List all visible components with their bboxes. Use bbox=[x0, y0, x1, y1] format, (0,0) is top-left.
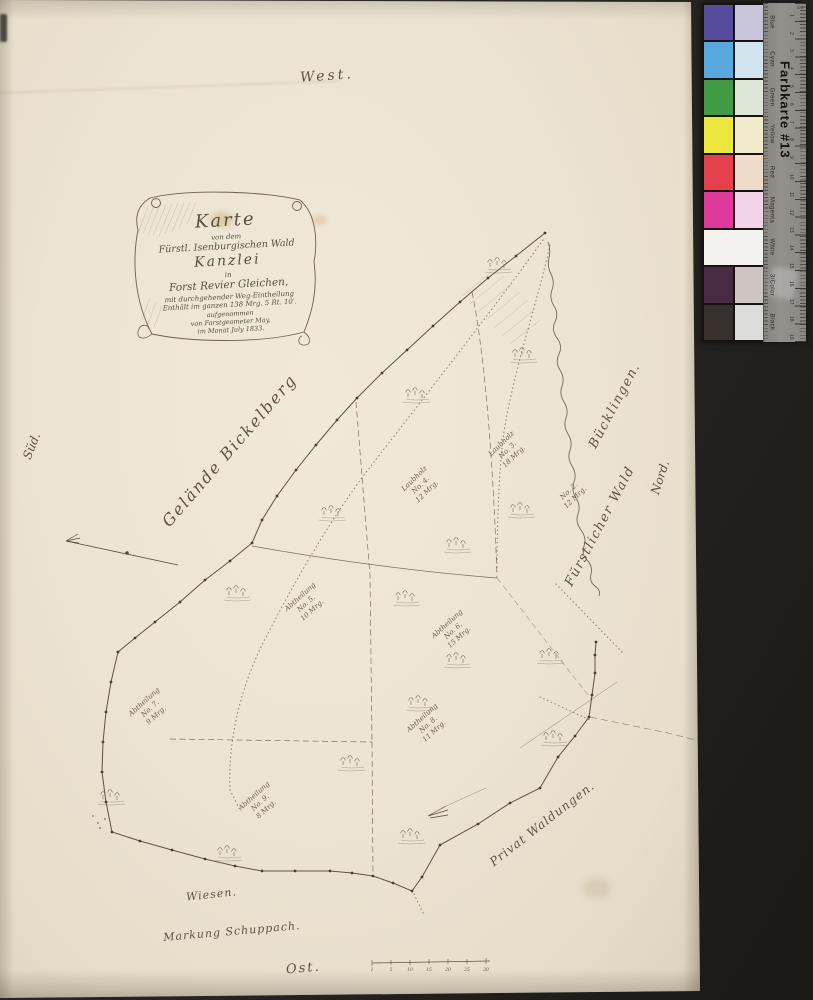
ruler-label-white: White bbox=[768, 238, 774, 255]
ruler-label-yellow: Yellow bbox=[768, 125, 774, 145]
swatch-3/color-solid bbox=[704, 267, 733, 302]
swatch-blue-pale bbox=[735, 5, 764, 40]
swatch-yellow-pale bbox=[735, 117, 764, 152]
swatch-red-pale bbox=[735, 155, 764, 190]
swatch-blue-solid bbox=[704, 5, 733, 40]
ruler-number: 1 bbox=[788, 14, 794, 17]
ruler-label-black: Black bbox=[768, 314, 774, 331]
tree-cluster bbox=[510, 348, 537, 363]
ruler-unit-label: cm bbox=[797, 5, 803, 10]
slope-hatching bbox=[462, 268, 540, 344]
ruler-number: 15 bbox=[788, 263, 794, 269]
ruler-number: 11 bbox=[788, 192, 794, 197]
tree-cluster bbox=[444, 538, 471, 553]
ruler-number: 2 bbox=[788, 32, 794, 35]
ruler-number: 6 bbox=[788, 103, 794, 106]
ruler-number: 17 bbox=[788, 299, 794, 305]
scan-backdrop: 151015202530 West. Ost. Süd. Nord. Gelän… bbox=[0, 0, 813, 1000]
tree-cluster bbox=[444, 653, 471, 668]
svg-text:20: 20 bbox=[444, 967, 451, 973]
scale-bar-labels: 151015202530 bbox=[371, 967, 489, 973]
tree-cluster bbox=[485, 258, 512, 273]
ruler-label-red: Red bbox=[768, 166, 774, 178]
tree-cluster bbox=[508, 503, 535, 518]
tree-cluster bbox=[215, 846, 242, 861]
tree-cluster bbox=[224, 586, 251, 601]
ruler-number: 3 bbox=[788, 49, 794, 52]
ruler-number: 9 bbox=[788, 156, 794, 159]
svg-text:25: 25 bbox=[463, 967, 470, 973]
tree-cluster bbox=[537, 649, 564, 664]
ruler-label-blue: Blue bbox=[768, 15, 774, 29]
ruler: cm Farbkarte #13 BlueCyanGreenYellowRedM… bbox=[763, 3, 806, 342]
ruler-number: 16 bbox=[788, 281, 794, 287]
swatch-green-pale bbox=[735, 80, 764, 115]
compass-needle bbox=[66, 534, 178, 565]
ruler-label-green: Green bbox=[768, 88, 774, 107]
swatch-magenta-pale bbox=[735, 192, 764, 227]
tree-cluster bbox=[319, 506, 346, 521]
ruler-label-magenta: Magenta bbox=[768, 196, 774, 222]
color-card-title: Farbkarte #13 bbox=[777, 61, 792, 159]
color-calibration-card: cm Farbkarte #13 BlueCyanGreenYellowRedM… bbox=[702, 3, 806, 342]
swatch-cyan-pale bbox=[735, 42, 764, 77]
ruler-label-3/color: 3/Color bbox=[768, 274, 774, 296]
svg-text:5: 5 bbox=[390, 967, 393, 973]
svg-text:10: 10 bbox=[407, 967, 413, 973]
ruler-ticks-major bbox=[795, 3, 806, 342]
swatch-3/color-pale bbox=[735, 267, 764, 302]
ruler-number: 14 bbox=[788, 245, 794, 251]
map-linework: 151015202530 bbox=[0, 0, 813, 1000]
tree-cluster bbox=[406, 696, 433, 711]
ruler-number: 13 bbox=[788, 227, 794, 233]
tree-cluster bbox=[541, 731, 568, 746]
swatch-green-solid bbox=[704, 80, 733, 115]
ruler-number: 5 bbox=[788, 85, 794, 88]
ruler-number: 19 bbox=[788, 334, 794, 340]
svg-text:30: 30 bbox=[483, 967, 489, 973]
svg-text:15: 15 bbox=[426, 967, 432, 973]
swatch-red-solid bbox=[704, 155, 733, 190]
svg-text:1: 1 bbox=[371, 967, 374, 973]
swatch-cyan-solid bbox=[704, 42, 733, 77]
swatch-black-solid bbox=[704, 305, 733, 340]
ruler-number: 10 bbox=[788, 174, 794, 180]
ruler-number: 4 bbox=[788, 67, 794, 70]
swatch-white bbox=[704, 230, 763, 265]
tree-cluster bbox=[398, 829, 425, 844]
swatch-magenta-solid bbox=[704, 192, 733, 227]
swatch-black-pale bbox=[735, 305, 764, 340]
cartouche-title-block: Karte von dem Fürstl. Isenburgischen Wal… bbox=[139, 206, 317, 339]
pen-flourish bbox=[428, 788, 486, 818]
swatch-grid bbox=[702, 3, 763, 342]
swatch-yellow-solid bbox=[704, 117, 733, 152]
tree-cluster bbox=[393, 591, 420, 606]
ruler-number: 7 bbox=[788, 121, 794, 124]
tree-cluster bbox=[98, 790, 125, 805]
tree-cluster bbox=[403, 388, 430, 403]
map-sheet: 151015202530 West. Ost. Süd. Nord. Gelän… bbox=[0, 0, 704, 1000]
ruler-number: 18 bbox=[788, 316, 794, 322]
ruler-number: 12 bbox=[788, 210, 794, 216]
scale-bar bbox=[372, 958, 490, 966]
ruler-number: 8 bbox=[788, 138, 794, 141]
compass-label-ost: Ost. bbox=[285, 960, 321, 978]
ruler-label-cyan: Cyan bbox=[768, 52, 774, 68]
tree-cluster bbox=[338, 756, 365, 771]
